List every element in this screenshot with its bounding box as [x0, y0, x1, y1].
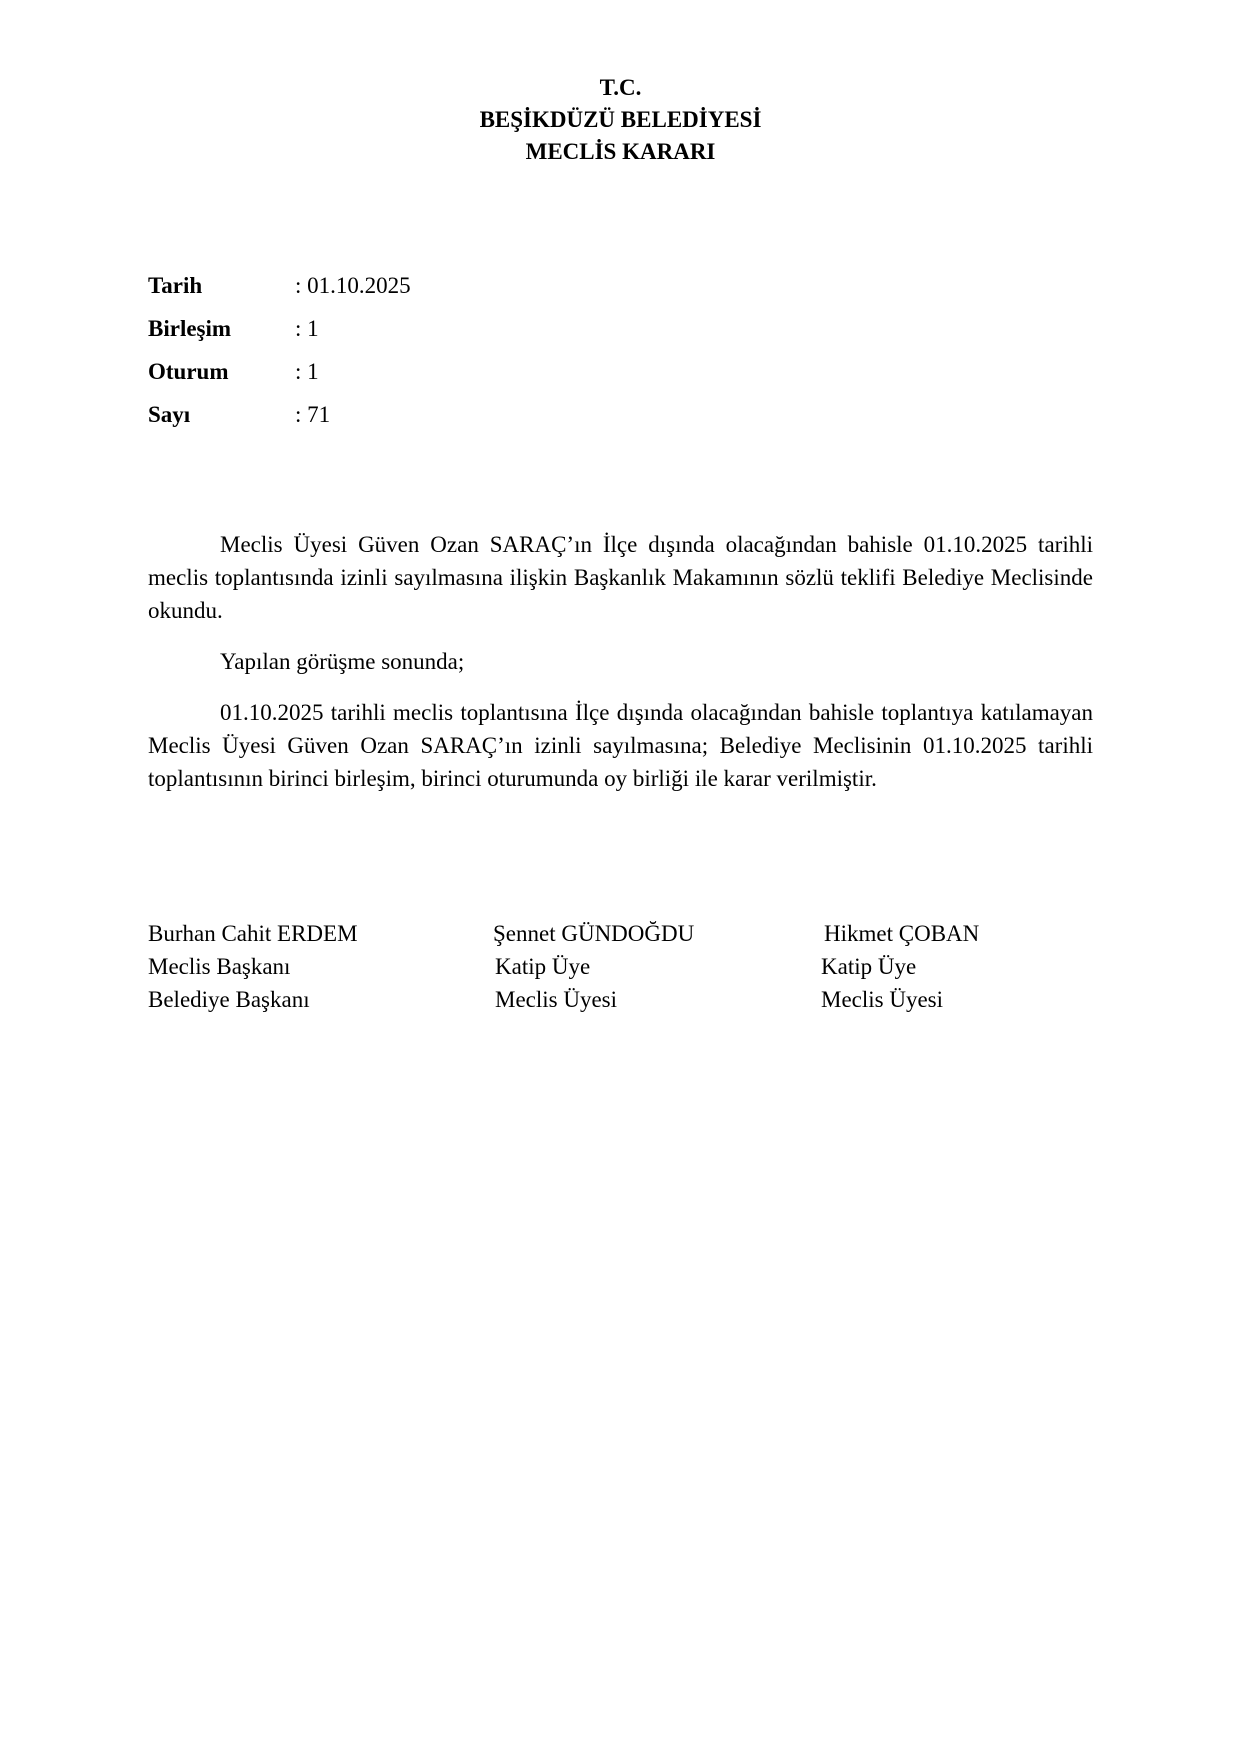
paragraph-proposal: Meclis Üyesi Güven Ozan SARAÇ’ın İlçe dı… — [148, 528, 1093, 627]
document-header: T.C. BEŞİKDÜZÜ BELEDİYESİ MECLİS KARARI — [0, 72, 1241, 168]
meta-label: Sayı — [148, 399, 190, 431]
signature-clerk-1: Şennet GÜNDOĞDU Katip Üye Meclis Üyesi — [493, 917, 694, 1016]
meta-value: : 1 — [295, 313, 319, 345]
signature-clerk-2: Hikmet ÇOBAN Katip Üye Meclis Üyesi — [821, 917, 979, 1016]
header-tc: T.C. — [0, 72, 1241, 104]
signature-chairman: Burhan Cahit ERDEM Meclis Başkanı Beledi… — [148, 917, 358, 1016]
meta-label: Oturum — [148, 356, 229, 388]
signatory-role: Meclis Üyesi — [493, 983, 694, 1016]
signatory-title: Katip Üye — [493, 950, 694, 983]
signatory-title: Katip Üye — [821, 950, 979, 983]
signatory-name: Şennet GÜNDOĞDU — [493, 917, 694, 950]
signatory-role: Belediye Başkanı — [148, 983, 358, 1016]
meta-value: : 71 — [295, 399, 330, 431]
paragraph-decision: 01.10.2025 tarihli meclis toplantısına İ… — [148, 696, 1093, 795]
document-page: T.C. BEŞİKDÜZÜ BELEDİYESİ MECLİS KARARI … — [0, 0, 1241, 1755]
meta-label: Birleşim — [148, 313, 231, 345]
paragraph-discussion: Yapılan görüşme sonunda; — [148, 645, 1093, 678]
signatory-name: Hikmet ÇOBAN — [821, 917, 979, 950]
signatory-name: Burhan Cahit ERDEM — [148, 917, 358, 950]
meta-value: : 1 — [295, 356, 319, 388]
header-municipality: BEŞİKDÜZÜ BELEDİYESİ — [0, 104, 1241, 136]
signatory-role: Meclis Üyesi — [821, 983, 979, 1016]
header-decision-title: MECLİS KARARI — [0, 136, 1241, 168]
meta-value: : 01.10.2025 — [295, 270, 411, 302]
meta-label: Tarih — [148, 270, 202, 302]
signatory-title: Meclis Başkanı — [148, 950, 358, 983]
